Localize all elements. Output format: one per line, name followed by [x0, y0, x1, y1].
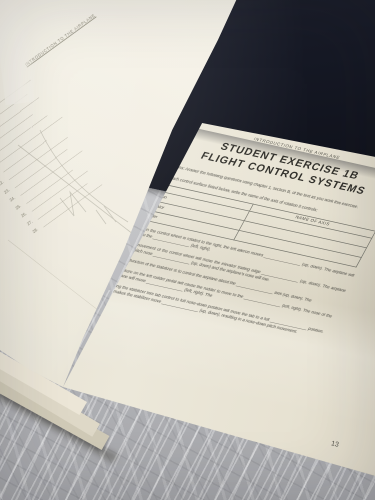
page-number: 13	[330, 440, 339, 449]
photo-scene: INTRODUCTION TO THE AIRPLANE STUDENT EXE…	[0, 0, 375, 500]
